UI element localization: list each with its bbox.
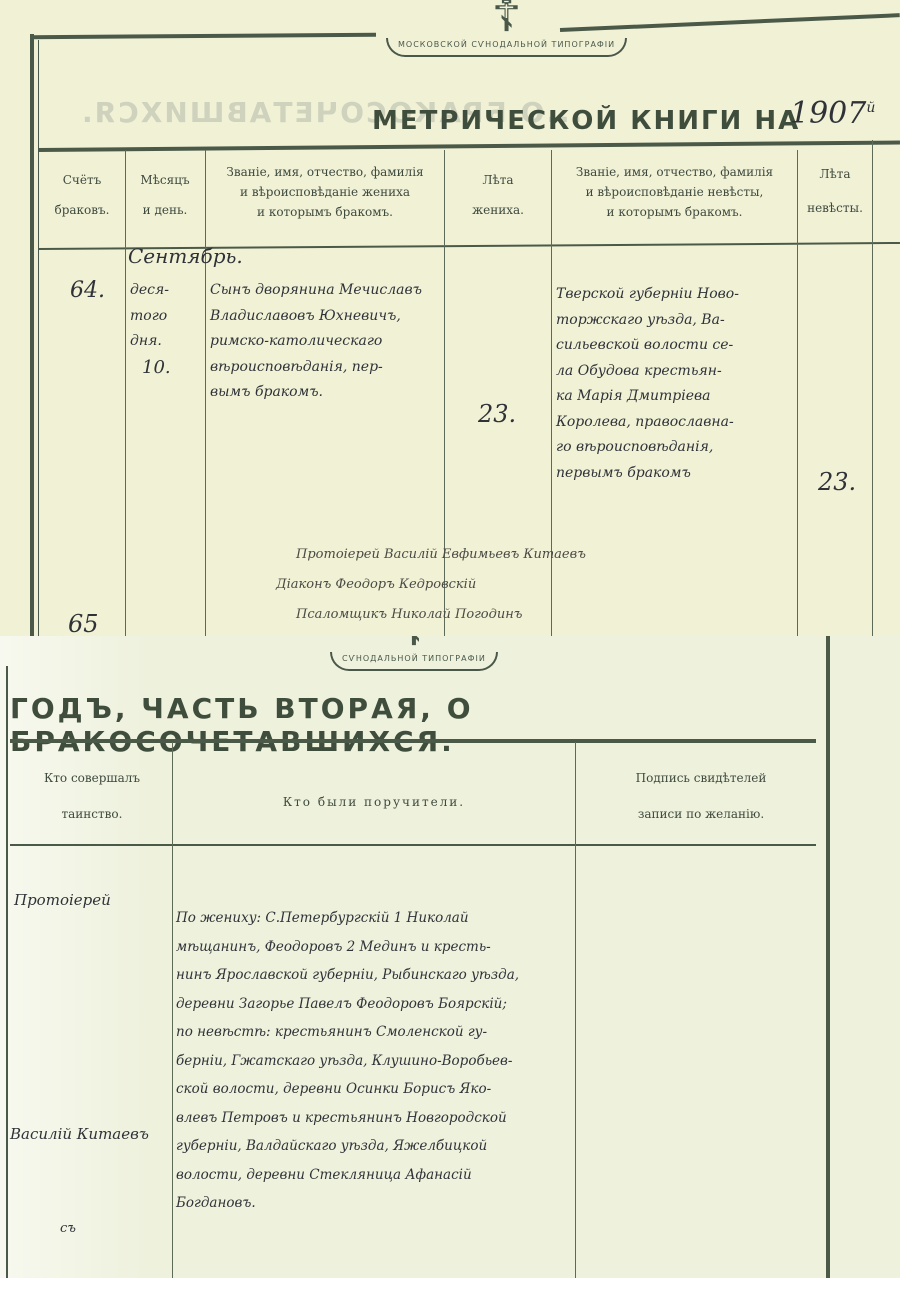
col-header-date: Мѣсяцъ и день. (126, 170, 204, 220)
double-headed-eagle-icon: ☦ (492, 0, 522, 38)
col-header-bride: Званіе, имя, отчество, фамилія и вѣроисп… (552, 162, 797, 222)
typography-ribbon: МОСКОВСКОЙ СѴНОДАЛЬНОЙ ТИПОГРАФІИ (386, 38, 627, 57)
col-divider (872, 140, 873, 636)
entry-groom-age: 23. (478, 402, 516, 428)
entry-groom: Сынъ дворянина Мечиславъ Владиславовъ Юх… (210, 278, 446, 406)
sponsors-text: По жениху: С.Петербургскій 1 Николай мѣщ… (176, 904, 576, 1218)
col-header-bride-age: Лѣта невѣсты. (798, 164, 872, 218)
col-divider (172, 742, 173, 1278)
officiant-name: Василій Китаевъ (10, 1122, 149, 1148)
image-bottom-margin (0, 1278, 900, 1291)
entry-bride-age: 23. (818, 470, 856, 496)
officiant-title: Протоіерей (14, 888, 111, 914)
frame-left-inner-rule (38, 40, 39, 636)
register-page-right-half: ☦ СѴНОДАЛЬНОЙ ТИПОГРАФІИ ГОДЪ, ЧАСТЬ ВТО… (0, 636, 900, 1278)
year-handwritten: 1907й (790, 96, 875, 131)
emblem: ☦ СѴНОДАЛЬНОЙ ТИПОГРАФІИ (330, 636, 498, 671)
entry-month: Сентябрь. (128, 244, 243, 270)
page-title: МЕТРИЧЕСКОЙ КНИГИ НА (372, 106, 800, 136)
frame-left-edge (6, 666, 8, 1278)
page-title-continued: ГОДЪ, ЧАСТЬ ВТОРАЯ, О БРАКОСОЧЕТАВШИХСЯ. (10, 692, 900, 758)
col-header-number: Счётъ браковъ. (40, 170, 124, 220)
header-top-rule (10, 739, 816, 743)
clergy-signatures: Протоіерей Василій Евфимьевъ Китаевъ Діа… (296, 540, 586, 630)
col-divider (205, 150, 206, 636)
entry-day: деся- того дня. 10. (130, 278, 204, 380)
header-top-rule (38, 140, 900, 152)
register-page-left-half: ☦ МОСКОВСКОЙ СѴНОДАЛЬНОЙ ТИПОГРАФІИ ...О… (0, 0, 900, 636)
col-header-sponsors: Кто были поручители. (173, 792, 575, 812)
typography-ribbon: СѴНОДАЛЬНОЙ ТИПОГРАФІИ (330, 652, 498, 671)
header-bottom-rule (10, 844, 816, 846)
frame-left-rule (30, 34, 34, 636)
col-header-groom-age: Лѣта жениха. (445, 170, 551, 220)
col-header-groom: Званіе, имя, отчество, фамилія и вѣроисп… (206, 162, 444, 222)
entry-number: 64. (70, 278, 105, 304)
frame-top-left-rule (30, 33, 376, 39)
officiant-note: съ (60, 1216, 76, 1242)
col-divider (125, 150, 126, 636)
double-headed-eagle-icon: ☦ (399, 636, 429, 652)
col-header-officiant: Кто совершалъ таинство. (12, 768, 172, 824)
col-header-witness-signature: Подпись свидѣтелей записи по желанію. (576, 768, 826, 824)
next-entry-number: 65 (68, 612, 99, 636)
entry-bride: Тверской губерніи Ново- торжскаго уѣзда,… (556, 282, 800, 486)
